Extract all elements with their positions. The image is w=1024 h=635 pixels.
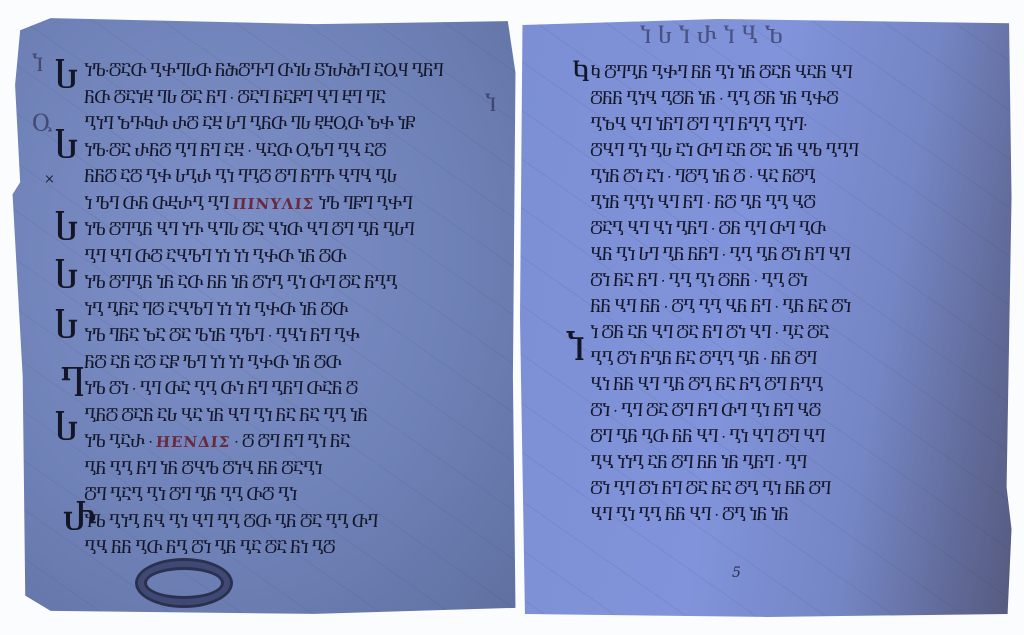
- manuscript-line: ႣႬႬ ႢႨႡ ႢႣႬ ႨႬ · ႢႢ ႣႬ ႨႬ ႢႵႣ: [589, 90, 990, 106]
- manuscript-line: ႢႤ ႡႤ ႧႣ ႠႡႪႤ ႨႨ ႨႨ ႢႵႧ ႨႬ ႣႧ: [83, 248, 484, 264]
- manuscript-line: ႣႨ ႢႤ ႣႨ ႬႤ ႣႠ ႬႠ ႣႢ ႢႨ ႬႬ ႣႤ: [589, 480, 990, 496]
- initial-letter: Ⴑ: [54, 310, 79, 344]
- undertext-ghost: [520, 16, 1014, 620]
- manuscript-line: ႢႦႡ ႡႤ ႨႬႤ ႣႤ ႢႤ ႬႢႢ ႢႨႤ·: [589, 116, 990, 132]
- margin-ghost-letter: Ⴈ: [485, 92, 496, 116]
- manuscript-line: Ⴈ ႪႤ ႧႬ ႧႾႰႢ ႢႤ ΠΙΝΥΛΙΣ ႨႪ ႤႼႤ ႢႵႤ: [83, 195, 484, 211]
- margin-ghost-letter: Ⴈ Ⴑ Ⴈ Ⴐ Ⴈ Ⴁ Ⴆ: [640, 24, 783, 48]
- manuscript-line: ႣႡႤ ႢႨ ႢႱ ႠႨ ႧႤ ႠႬ ႣႠ ႨႬ ႡႪ ႢႢႤ: [589, 142, 990, 158]
- manuscript-line: ႨႪ·ႣႠ ႰႬႣ ႢႤ ႬႤ ႠႾ · ႡႠႧ ႳႪႤ ႢႡ ႠႣ: [83, 142, 484, 158]
- manuscript-line: ႬႣ ႠႬ ႠႣ ႠႼ ႪႤ ႨႨ ႨႨ ႢႵႧ ႨႬ ႣႧ: [83, 354, 484, 370]
- manuscript-line: ႢႬ ႢႢ ႬႤ ႨႬ ႣႡႪ ႣႨႡ ႬႬ ႣႠႢႨ: [83, 460, 484, 476]
- initial-letter: Ⴑ: [54, 412, 79, 446]
- initial-letter: Ⴈ: [566, 332, 585, 366]
- manuscript-line: ႨႪ ႢႨႢ ႬႡ ႢႨ ႡႤ ႢႢ ႣႧ ႢႬ ႣႠ ႢႢ ႧႤ: [83, 513, 484, 529]
- manuscript-line: ႢႬႣ ႣႠႬ ႠႱ ႡႠ ႨႬ ႡႤ ႢႨ ႬႠ ႬႠ ႢႢ ႨႬ: [83, 407, 484, 423]
- right-manuscript-page: Ⴈ Ⴑ Ⴈ Ⴐ Ⴈ Ⴁ Ⴆ Ⴉ Ⴈ Ⴉ ႣႤႢႬ ႢႵႤ ႬႬ ႢႨ ႨႬ ႣႠ…: [520, 16, 1014, 620]
- manuscript-line: ႨႪ ႣႨ · ႢႤ ႧႠ ႢႢ ႧႨ ႬႤ ႢႬႤ ႧႠႬ Ⴃ: [83, 380, 484, 396]
- manuscript-line: ႬႬ ႡႤ ႬႬ · ႣႢ ႢႢ ႡႬ ႬႤ · ႢႬ ႬႠ ႣႨ: [589, 298, 990, 314]
- manuscript-line: Ⴉ ႣႤႢႬ ႢႵႤ ႬႬ ႢႨ ႨႬ ႣႠႬ ႡႠႬ ႡႤ: [589, 64, 990, 80]
- initial-letter: Ⴑ: [54, 60, 79, 94]
- manuscript-line: ႢႨႤ ႦႥႩႰ ႰႣ ႠႾ ႱႤ ႢႬႧ ႤႱ ႲႾႳႧ ႦႵ ႨႼ: [83, 115, 484, 131]
- initial-letter: Ⴑ: [54, 212, 79, 246]
- manuscript-line: ႡႬ ႢႨ ႱႤ ႢႬ ႬႬႤ · ႢႢ ႢႬ ႣႨ ႬႤ ႡႤ: [589, 246, 990, 262]
- rubric-heading: ΗΕΝΔΙΣ: [155, 433, 231, 449]
- manuscript-line: ႣႤ ႢႠႢ ႢႨ ႣႤ ႢႬ ႢႢ ႧႣ ႢႨ: [83, 486, 484, 502]
- manuscript-line: ႨႪ·ႣႠႧ ႢႵႤႱႧ ႬႫႣႥႤ ႧႨႱ ႽႨႰႫႤ ႠႳႷ ႢႬႤ: [83, 62, 484, 78]
- manuscript-line: ႨႪ ႤႬႠ ႦႠ ႣႠ ႪႨႬ ႢႪႤ · ႢႡႨ ႬႤ ႢႵ: [83, 327, 484, 343]
- manuscript-line: ႨႪ ႣႤႢႬ ႡႤ ႨႥ ႡႤႱ ႣႠ ႡႨႧ ႡႤ ႣႤ ႢႬ ႢႱႤ: [83, 221, 484, 237]
- manuscript-line: ႢႨႬ ႣႨ ႠႨ · ႤႣႢ ႨႬ Ⴃ · ႡႠ ႬႣႢ: [589, 168, 990, 184]
- margin-cross-mark: ×: [44, 172, 55, 187]
- rubric-heading: ΠΙΝΥΛΙΣ: [232, 195, 315, 211]
- manuscript-line: ႬႬႣ ႠႣ ႢႵ ႱႢႰ ႢႨ ႤႢႣ ႣႤ ႬႤႥ ႡႤႡ ႢႱ: [83, 168, 484, 184]
- manuscript-line: ႡႤ ႢႨ ႢႢ ႬႬ ႡႤ · ႣႢ ႨႬ ႨႬ: [589, 506, 990, 522]
- manuscript-line: ႨႪ ႣႤႢႬ ႨႬ ႠႧ ႬႬ ႨႬ ႣႨႢ ႢႨ ႧႤ ႣႠ ႬႢႢ: [83, 274, 484, 290]
- manuscript-line: ႣႤ ႢႬ ႢႧ ႬႬ ႡႤ · ႢႨ ႡႤ ႣႤ ႡႤ: [589, 428, 990, 444]
- folio-number: 5: [732, 565, 741, 581]
- manuscript-line: ႢႨႬ ႢႢႨ ႡႤ ႬႤ · ႬႣ ႢႬ ႢႢ ႡႣ: [589, 194, 990, 210]
- manuscript-line: ႬႧ ႣႠႨႾ ႤႱ ႣႠ ႬႤ · ႣႠႤ ႬႠႼႤ ႡႤ ႾႤ ႤႠ: [83, 89, 484, 105]
- manuscript-line: ႣႨ ႬႠ ႬႤ · ႢႢ ႢႨ ႣႬႬ · ႢႢ ႣႨ: [589, 272, 990, 288]
- manuscript-line: ႣႨ · ႢႤ ႣႠ ႣႤ ႬႤ ႧႤ ႢႨ ႬႤ ႡႣ: [589, 402, 990, 418]
- left-manuscript-page: Ⴈ Ⴓ Ⴈ Ⴑ Ⴑ Ⴑ Ⴑ Ⴑ Ⴄ Ⴑ Ⴐ ႨႪ·ႣႠႧ ႢႵႤႱႧ ႬႫႣႥႤ…: [10, 12, 518, 620]
- margin-ghost-letter: Ⴈ: [32, 52, 43, 76]
- manuscript-line: ႢႡ ႬႬ ႢႧ ႬႢ ႣႨ ႢႬ ႢႠ ႣႠ ႬႨ ႢႣ: [83, 539, 484, 555]
- initial-letter: Ⴑ: [54, 260, 79, 294]
- manuscript-line: ႨႪ ႢႠႰ · ΗΕΝΔΙΣ · Ⴃ ႣႤ ႬႤ ႢႨ ႬႠ: [83, 433, 484, 449]
- manuscript-line: ႣႠႢ ႡႤ ႡႨ ႢႬႤ · ႣႬ ႢႤ ႧႤ ႢႧ: [589, 220, 990, 236]
- initial-letter: Ⴄ: [60, 368, 85, 402]
- manuscript-line: ႨႢ ႢႬႠ ႤႣ ႠႡႪႤ ႨႨ ႨႨ ႢႵႧ ႨႬ ႣႧ: [83, 301, 484, 317]
- margin-ghost-letter: Ⴓ: [32, 112, 52, 136]
- initial-letter: Ⴉ: [572, 56, 590, 90]
- manuscript-line: ႢႢ ႣႨ ႬႢႬ ႬႠ ႣႢႢ ႢႬ · ႬႬ ႣႤ: [589, 350, 990, 366]
- library-stamp: [135, 558, 233, 608]
- initial-letter: Ⴑ: [54, 130, 79, 164]
- manuscript-line: ႡႨ ႬႬ ႡႤ ႢႬ ႣႢ ႬႠ ႬႢ ႣႤ ႬႢႢ: [589, 376, 990, 392]
- manuscript-line: Ⴈ ႣႬ ႠႬ ႡႤ ႣႠ ႬႤ ႣႨ ႡႤ · ႢႠ ႣႠ: [589, 324, 990, 340]
- manuscript-line: ႢႡ ႨႨႢ ႠႬ ႣႤ ႬႬ ႨႬ ႢႬႤ · ႢႤ: [589, 454, 990, 470]
